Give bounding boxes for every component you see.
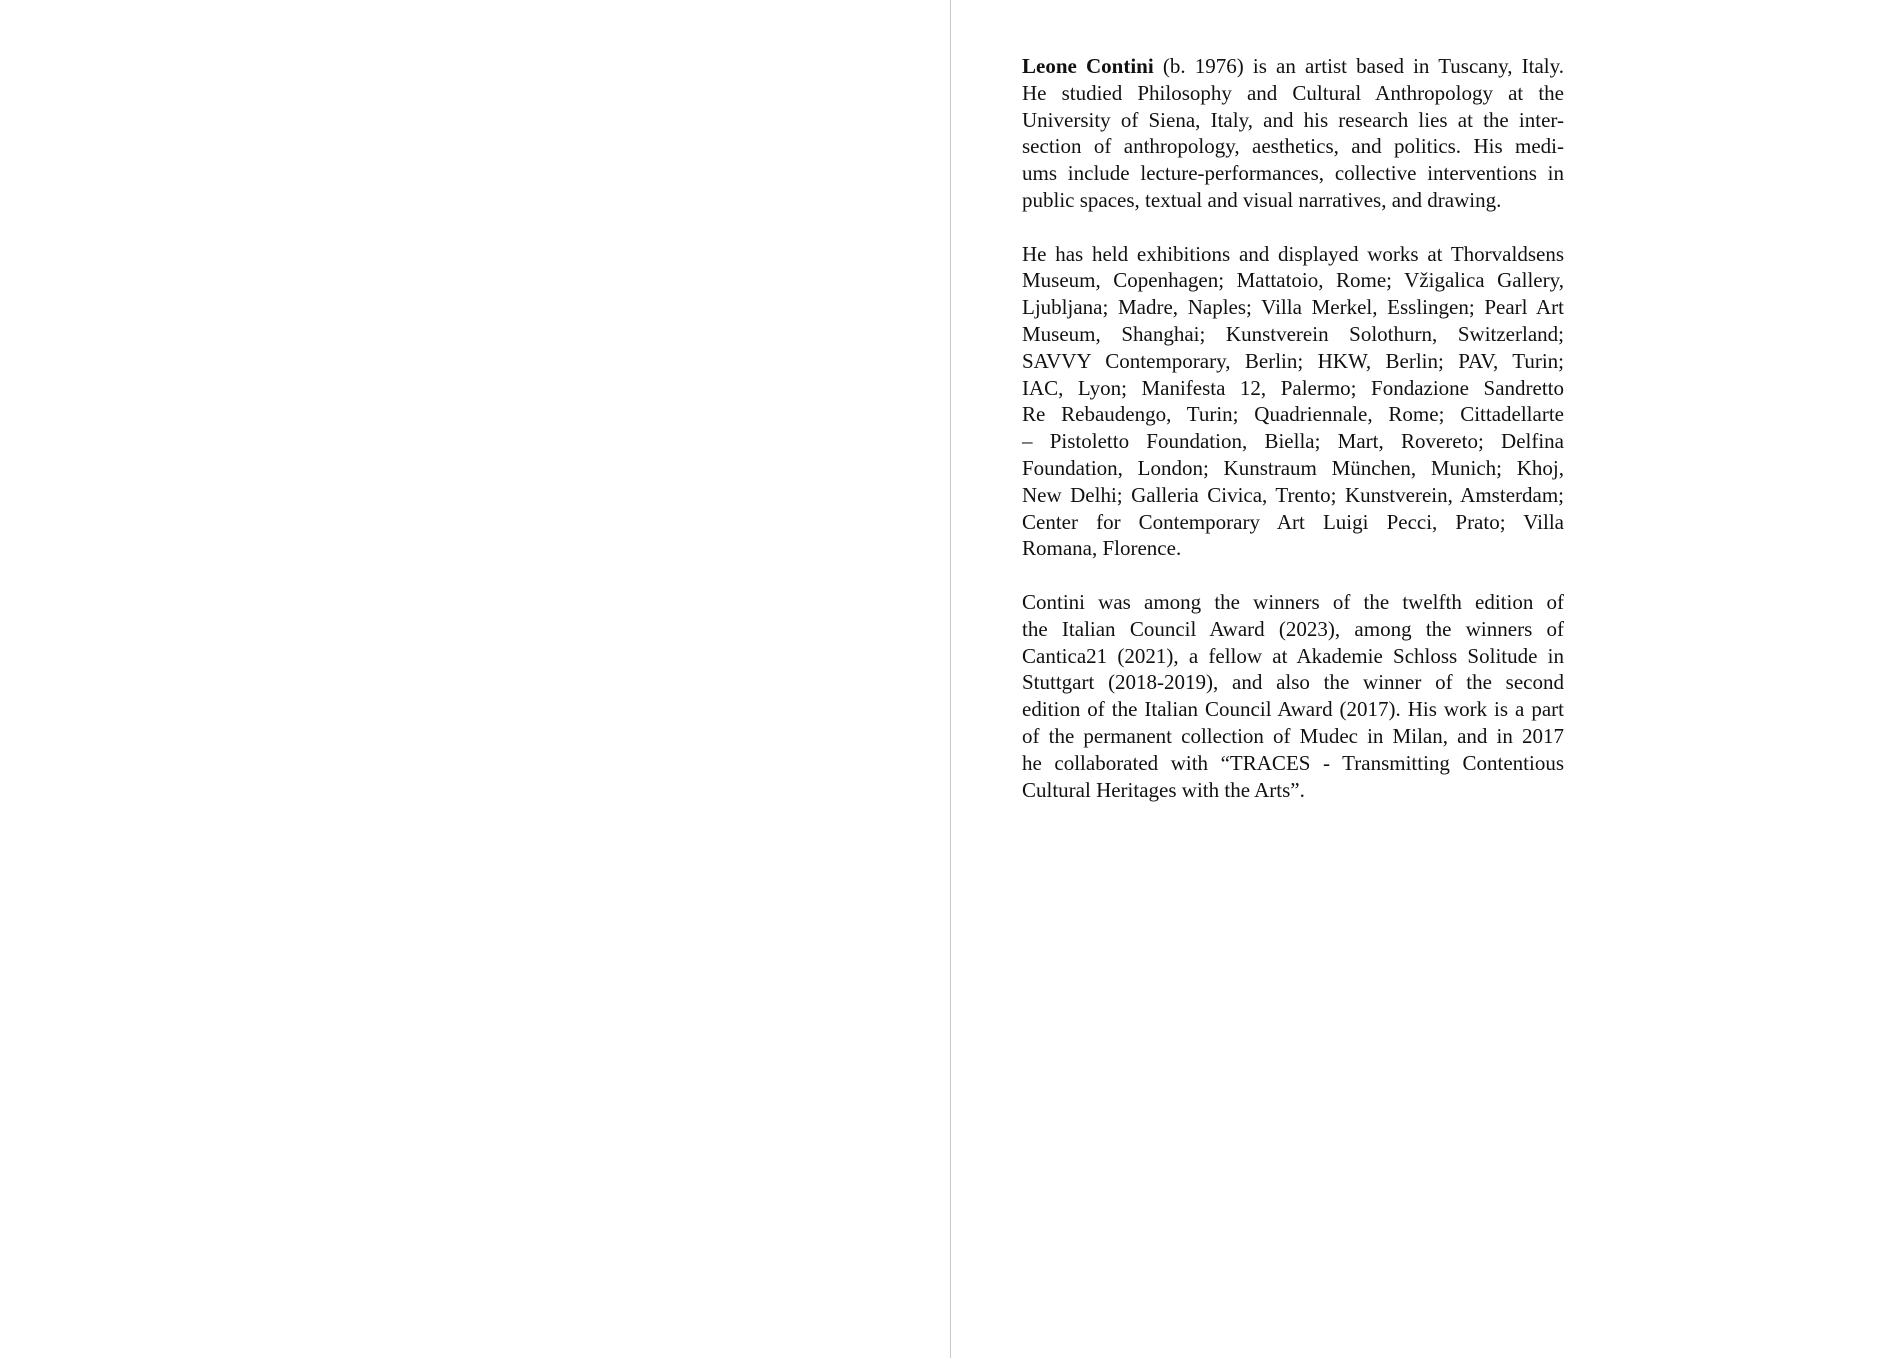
text-line: IAC, Lyon; Manifesta 12, Palermo; Fondaz… [1022, 375, 1564, 402]
text-line: New Delhi; Galleria Civica, Trento; Kuns… [1022, 482, 1564, 509]
text-line: of the permanent collection of Mudec in … [1022, 723, 1564, 750]
text-line: Cultural Heritages with the Arts”. [1022, 777, 1564, 804]
text-line: edition of the Italian Council Award (20… [1022, 696, 1564, 723]
text-line: Stuttgart (2018-2019), and also the winn… [1022, 669, 1564, 696]
artist-bio: Leone Contini (b. 1976) is an artist bas… [1022, 53, 1564, 830]
text-line: He has held exhibitions and displayed wo… [1022, 241, 1564, 268]
bio-paragraph-exhibitions: He has held exhibitions and displayed wo… [1022, 241, 1564, 563]
text-line: Cantica21 (2021), a fellow at Akademie S… [1022, 643, 1564, 670]
text-line: Leone Contini (b. 1976) is an artist bas… [1022, 53, 1564, 80]
text-line: Re Rebaudengo, Turin; Quadriennale, Rome… [1022, 401, 1564, 428]
text-line: public spaces, textual and visual narrat… [1022, 187, 1564, 214]
left-page [0, 0, 950, 1358]
right-page: Leone Contini (b. 1976) is an artist bas… [951, 0, 1902, 1358]
text-line: Romana, Florence. [1022, 535, 1564, 562]
text-line: Museum, Shanghai; Kunstverein Solothurn,… [1022, 321, 1564, 348]
text-line: Center for Contemporary Art Luigi Pecci,… [1022, 509, 1564, 536]
text-line: Museum, Copenhagen; Mattatoio, Rome; Vži… [1022, 267, 1564, 294]
text-line: Contini was among the winners of the twe… [1022, 589, 1564, 616]
text-line: SAVVY Contemporary, Berlin; HKW, Berlin;… [1022, 348, 1564, 375]
text-line: ums include lecture-performances, collec… [1022, 160, 1564, 187]
text-line: section of anthropology, aesthetics, and… [1022, 133, 1564, 160]
text-line: he collaborated with “TRACES - Transmitt… [1022, 750, 1564, 777]
text-line: He studied Philosophy and Cultural Anthr… [1022, 80, 1564, 107]
text-line: Ljubljana; Madre, Naples; Villa Merkel, … [1022, 294, 1564, 321]
text-line: University of Siena, Italy, and his rese… [1022, 107, 1564, 134]
text-line: – Pistoletto Foundation, Biella; Mart, R… [1022, 428, 1564, 455]
text-line: the Italian Council Award (2023), among … [1022, 616, 1564, 643]
artist-name: Leone Contini [1022, 54, 1154, 78]
text-line: Foundation, London; Kunstraum München, M… [1022, 455, 1564, 482]
bio-paragraph-awards: Contini was among the winners of the twe… [1022, 589, 1564, 803]
bio-paragraph-intro: Leone Contini (b. 1976) is an artist bas… [1022, 53, 1564, 214]
